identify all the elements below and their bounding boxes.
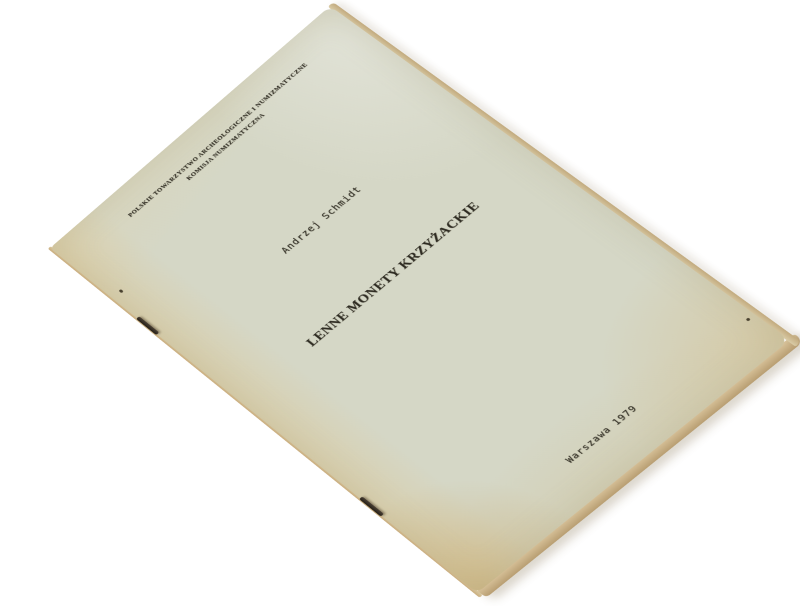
- photo-canvas: POLSKIE TOWARZYSTWO ARCHEOLOGICZNE I NUM…: [0, 0, 800, 606]
- booklet-title: LENNE MONETY KRZYŻACKIE: [240, 145, 548, 402]
- booklet: POLSKIE TOWARZYSTWO ARCHEOLOGICZNE I NUM…: [50, 6, 790, 593]
- imprint-city-year: Warszawa 1979: [444, 304, 763, 563]
- paper-speck: [119, 289, 124, 293]
- publisher-line-2: KOMISJA NUMIZMATYCZNA: [82, 21, 373, 270]
- booklet-cover: POLSKIE TOWARZYSTWO ARCHEOLOGICZNE I NUM…: [50, 6, 790, 593]
- publisher-header: POLSKIE TOWARZYSTWO ARCHEOLOGICZNE I NUM…: [74, 15, 373, 271]
